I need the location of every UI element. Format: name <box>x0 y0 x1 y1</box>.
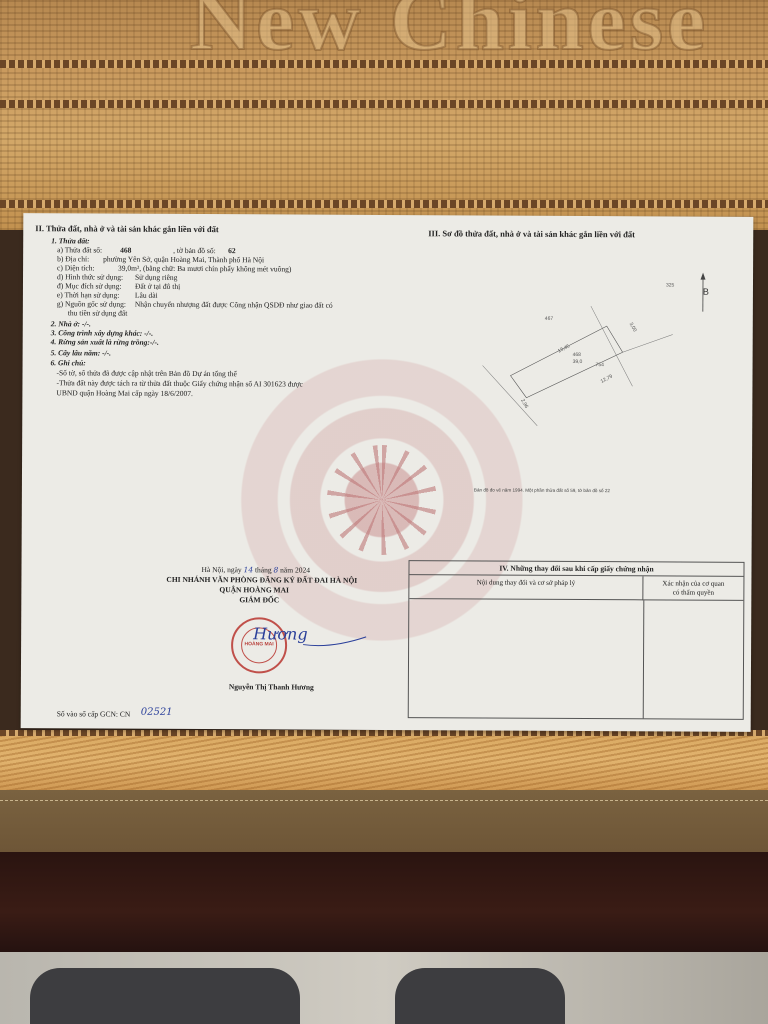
issuing-office-line2: QUẬN HOÀNG MAI <box>219 585 289 594</box>
map-sheet-label: , tờ bản đồ số: <box>173 246 216 255</box>
note-line: -Thửa đất này được tách ra từ thửa đất t… <box>56 378 302 388</box>
column-header-authority-confirmation: Xác nhận của cơ quan có thẩm quyền <box>643 576 743 601</box>
neighbor-parcel-754: 754 <box>596 362 604 368</box>
parcel-number: 468 <box>120 246 131 255</box>
neighbor-parcel-325: 325 <box>666 282 674 288</box>
table-surface-lower <box>0 730 768 790</box>
origin-value-line1: Nhận chuyển nhượng đất được Công nhận QS… <box>135 300 333 310</box>
person-leg-left <box>30 968 300 1024</box>
date-prefix: Hà Nội, ngày <box>201 565 241 574</box>
date-year: năm 2024 <box>280 565 310 574</box>
signer-name: Nguyễn Thị Thanh Hương <box>229 682 314 691</box>
forest-item: 4. Rừng sản xuất là rừng trồng:-/-. <box>51 337 159 347</box>
decorative-band <box>0 100 768 108</box>
parcel-number-label: a) Thửa đất số: <box>57 245 102 254</box>
house-item: 2. Nhà ở: -/-. <box>51 319 91 328</box>
usage-form-label: d) Hình thức sử dụng: <box>57 272 123 281</box>
usage-form-value: Sử dụng riêng <box>135 273 177 282</box>
person-leg-right <box>395 968 565 1024</box>
map-survey-note: Bản đồ đo vẽ năm 1994. Một phần thửa đất… <box>474 487 610 493</box>
authority-header-line1: Xác nhận của cơ quan <box>662 579 724 587</box>
column-divider <box>643 600 645 718</box>
section-3-title: III. Sơ đồ thửa đất, nhà ở và tài sản kh… <box>428 228 635 239</box>
parcel-sketch-map <box>462 265 723 446</box>
perennial-item: 5. Cây lâu năm: -/-. <box>51 348 111 357</box>
authority-header-line2: có thẩm quyền <box>673 588 714 596</box>
area-label: c) Diện tích: <box>57 263 95 272</box>
section-2-title: II. Thửa đất, nhà ở và tài sản khác gắn … <box>35 223 219 234</box>
date-month: 8 <box>274 565 279 574</box>
purpose-label: đ) Mục đích sử dụng: <box>57 281 122 290</box>
origin-value-line2: thu tiền sử dụng đất <box>68 308 128 317</box>
note-line: -Số tờ, số thửa đã được cập nhật trên Bả… <box>56 368 236 378</box>
signature-stroke <box>301 627 371 652</box>
purpose-value: Đất ở tại đô thị <box>135 282 180 291</box>
column-header-change-content: Nội dung thay đổi và cơ sở pháp lý <box>409 575 643 600</box>
term-label: e) Thời hạn sử dụng: <box>57 290 120 299</box>
under-table-shadow <box>0 852 768 952</box>
issuing-office-line1: CHI NHÁNH VĂN PHÒNG ĐĂNG KÝ ĐẤT ĐAI HÀ N… <box>166 575 357 585</box>
registry-number-label: Số vào sổ cấp GCN: CN <box>57 709 131 718</box>
note-line: UBND quận Hoàng Mai cấp ngày 18/6/2007. <box>56 388 192 398</box>
issue-date: Hà Nội, ngày 14 tháng 8 năm 2024 <box>201 565 310 575</box>
neighbor-parcel-467: 467 <box>545 316 553 322</box>
signature-scribble: Hương <box>253 624 308 643</box>
north-label: B <box>703 287 709 297</box>
decorative-band <box>0 60 768 68</box>
date-day: 14 <box>244 565 254 574</box>
notes-heading: 6. Ghi chú: <box>51 358 86 367</box>
drum-star-watermark <box>327 445 438 556</box>
address-label: b) Địa chỉ: <box>57 254 89 263</box>
decorative-band <box>0 200 768 208</box>
origin-label: g) Nguồn gốc sử dụng: <box>57 299 126 308</box>
changes-after-issuance-table: IV. Những thay đổi sau khi cấp giấy chứn… <box>408 560 745 720</box>
date-month-prefix: tháng <box>255 565 272 574</box>
land-use-certificate-page: II. Thửa đất, nhà ở và tài sản khác gắn … <box>21 213 754 732</box>
registry-number: 02521 <box>141 707 173 718</box>
parcel-area-on-map: 39,0 <box>573 359 583 365</box>
map-sheet-number: 62 <box>228 246 236 255</box>
signer-title: GIÁM ĐỐC <box>239 595 279 604</box>
parcel-heading: 1. Thửa đất: <box>51 236 89 245</box>
table-edge <box>0 790 768 852</box>
term-value: Lâu dài <box>135 291 158 300</box>
parcel-number-on-map: 468 <box>573 352 581 358</box>
